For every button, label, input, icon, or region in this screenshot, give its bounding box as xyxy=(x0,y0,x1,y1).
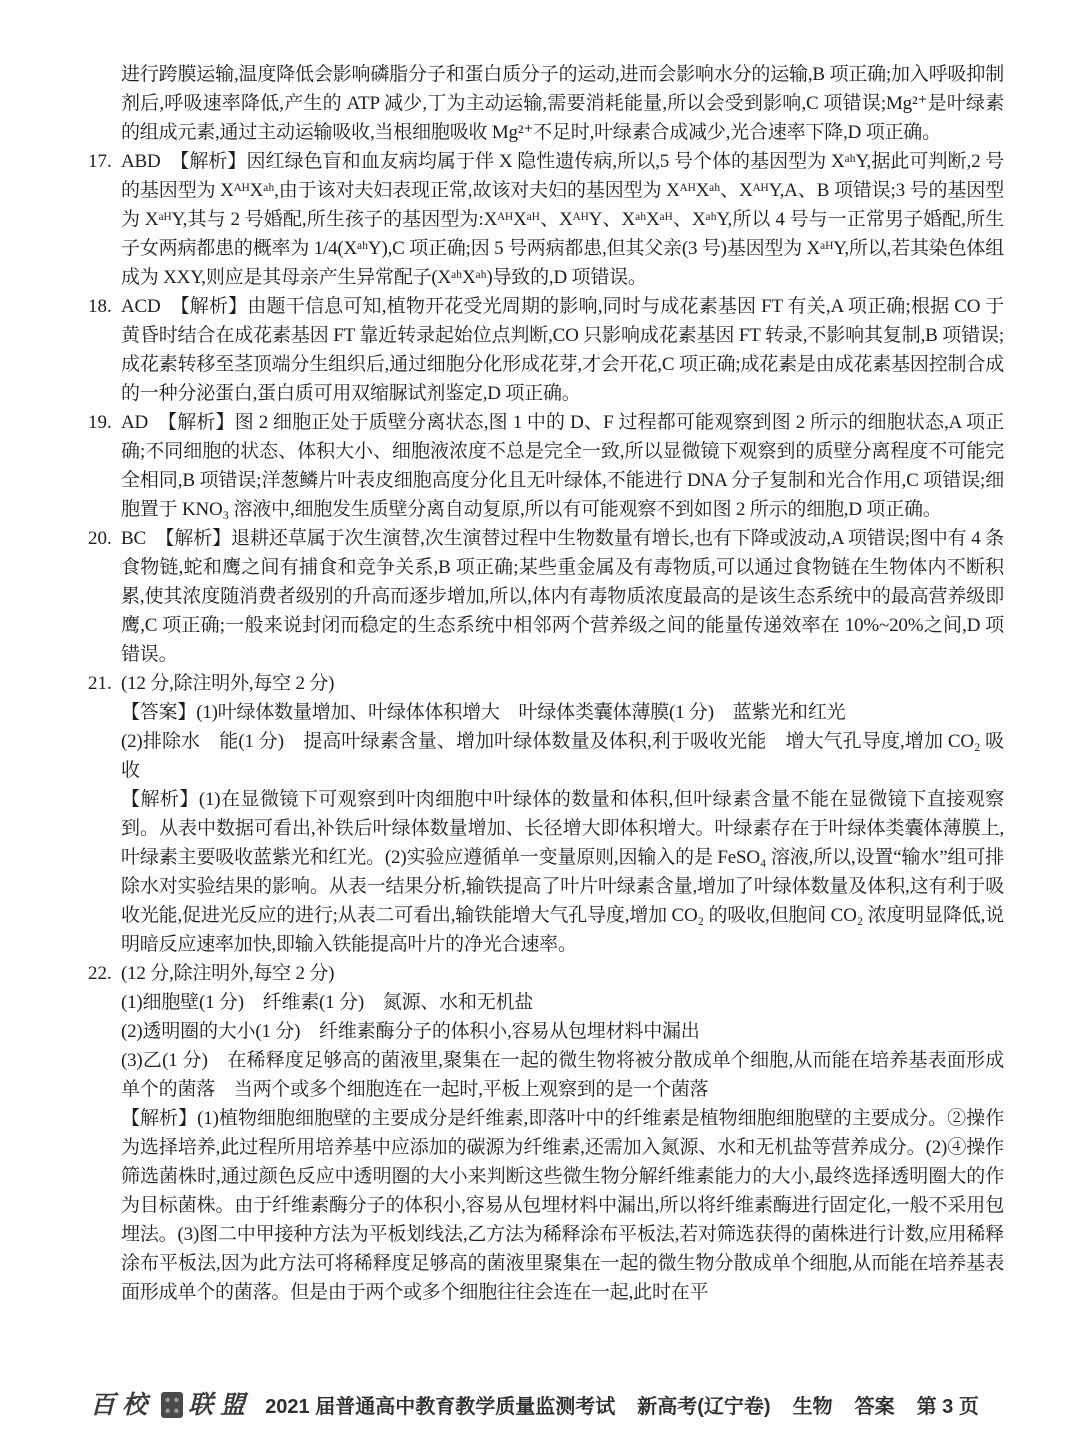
item-19-number: 19. xyxy=(88,408,112,437)
item-18-analysis: ACD 【解析】由题干信息可知,植物开花受光周期的影响,同时与成花素基因 FT … xyxy=(121,292,1004,408)
item-22-analysis: 【解析】(1)植物细胞细胞壁的主要成分是纤维素,即落叶中的纤维素是植物细胞细胞壁… xyxy=(121,1104,1004,1307)
item-22: 22. (12 分,除注明外,每空 2 分) (1)细胞壁(1 分) 纤维素(1… xyxy=(88,959,1004,1307)
footer-section-label: 答案 xyxy=(855,1396,895,1418)
item-20-analysis: BC 【解析】退耕还草属于次生演替,次生演替过程中生物数量有增长,也有下降或波动… xyxy=(121,524,1004,669)
item-18: 18. ACD 【解析】由题干信息可知,植物开花受光周期的影响,同时与成花素基因… xyxy=(88,292,1004,408)
league-brand-right: 联盟 xyxy=(188,1392,252,1419)
item-16-continuation: 进行跨膜运输,温度降低会影响磷脂分子和蛋白质分子的运动,进而会影响水分的运输,B… xyxy=(88,60,1004,147)
item-18-number: 18. xyxy=(88,292,112,321)
item-22-answer-1: (1)细胞壁(1 分) 纤维素(1 分) 氮源、水和无机盐 xyxy=(121,988,1004,1017)
item-17-number: 17. xyxy=(88,147,112,176)
scanned-answer-page: { "colors": { "ink": "#1e1e1e", "paper":… xyxy=(0,0,1080,1439)
item-20: 20. BC 【解析】退耕还草属于次生演替,次生演替过程中生物数量有增长,也有下… xyxy=(88,524,1004,669)
league-seal-icon xyxy=(161,1392,183,1418)
item-20-number: 20. xyxy=(88,524,112,553)
footer-subject: 生物 xyxy=(793,1396,833,1418)
item-21-answer-1: 【答案】(1)叶绿体数量增加、叶绿体体积增大 叶绿体类囊体薄膜(1 分) 蓝紫光… xyxy=(121,698,1004,727)
item-21-answer-2: (2)排除水 能(1 分) 提高叶绿素含量、增加叶绿体数量及体积,利于吸收光能 … xyxy=(121,727,1004,785)
page-footer: 百校联盟2021 届普通高中教育教学质量监测考试新高考(辽宁卷)生物答案第 3 … xyxy=(0,1385,1080,1421)
item-16-continuation-text: 进行跨膜运输,温度降低会影响磷脂分子和蛋白质分子的运动,进而会影响水分的运输,B… xyxy=(121,60,1004,147)
answer-key-content: 进行跨膜运输,温度降低会影响磷脂分子和蛋白质分子的运动,进而会影响水分的运输,B… xyxy=(88,60,1004,1307)
footer-exam-title: 2021 届普通高中教育教学质量监测考试 xyxy=(265,1396,615,1418)
item-19-analysis: AD 【解析】图 2 细胞正处于质壁分离状态,图 1 中的 D、F 过程都可能观… xyxy=(121,408,1004,524)
footer-page-number: 第 3 页 xyxy=(917,1396,979,1418)
item-22-answer-3: (3)乙(1 分) 在稀释度足够高的菌液里,聚集在一起的微生物将被分散成单个细胞… xyxy=(121,1046,1004,1104)
item-22-answer-2: (2)透明圈的大小(1 分) 纤维素酶分子的体积小,容易从包埋材料中漏出 xyxy=(121,1017,1004,1046)
item-17-analysis: ABD 【解析】因红绿色盲和血友病均属于伴 X 隐性遗传病,所以,5 号个体的基… xyxy=(121,147,1004,292)
item-22-number: 22. xyxy=(88,959,112,988)
footer-paper-name: 新高考(辽宁卷) xyxy=(637,1396,770,1418)
league-brand-left: 百校 xyxy=(90,1392,154,1419)
item-21-number: 21. xyxy=(88,669,112,698)
item-21-analysis: 【解析】(1)在显微镜下可观察到叶肉细胞中叶绿体的数量和体积,但叶绿素含量不能在… xyxy=(121,785,1004,959)
item-17: 17. ABD 【解析】因红绿色盲和血友病均属于伴 X 隐性遗传病,所以,5 号… xyxy=(88,147,1004,292)
item-22-score-note: (12 分,除注明外,每空 2 分) xyxy=(121,959,1004,988)
item-19: 19. AD 【解析】图 2 细胞正处于质壁分离状态,图 1 中的 D、F 过程… xyxy=(88,408,1004,524)
item-21-score-note: (12 分,除注明外,每空 2 分) xyxy=(121,669,1004,698)
item-21: 21. (12 分,除注明外,每空 2 分) 【答案】(1)叶绿体数量增加、叶绿… xyxy=(88,669,1004,959)
